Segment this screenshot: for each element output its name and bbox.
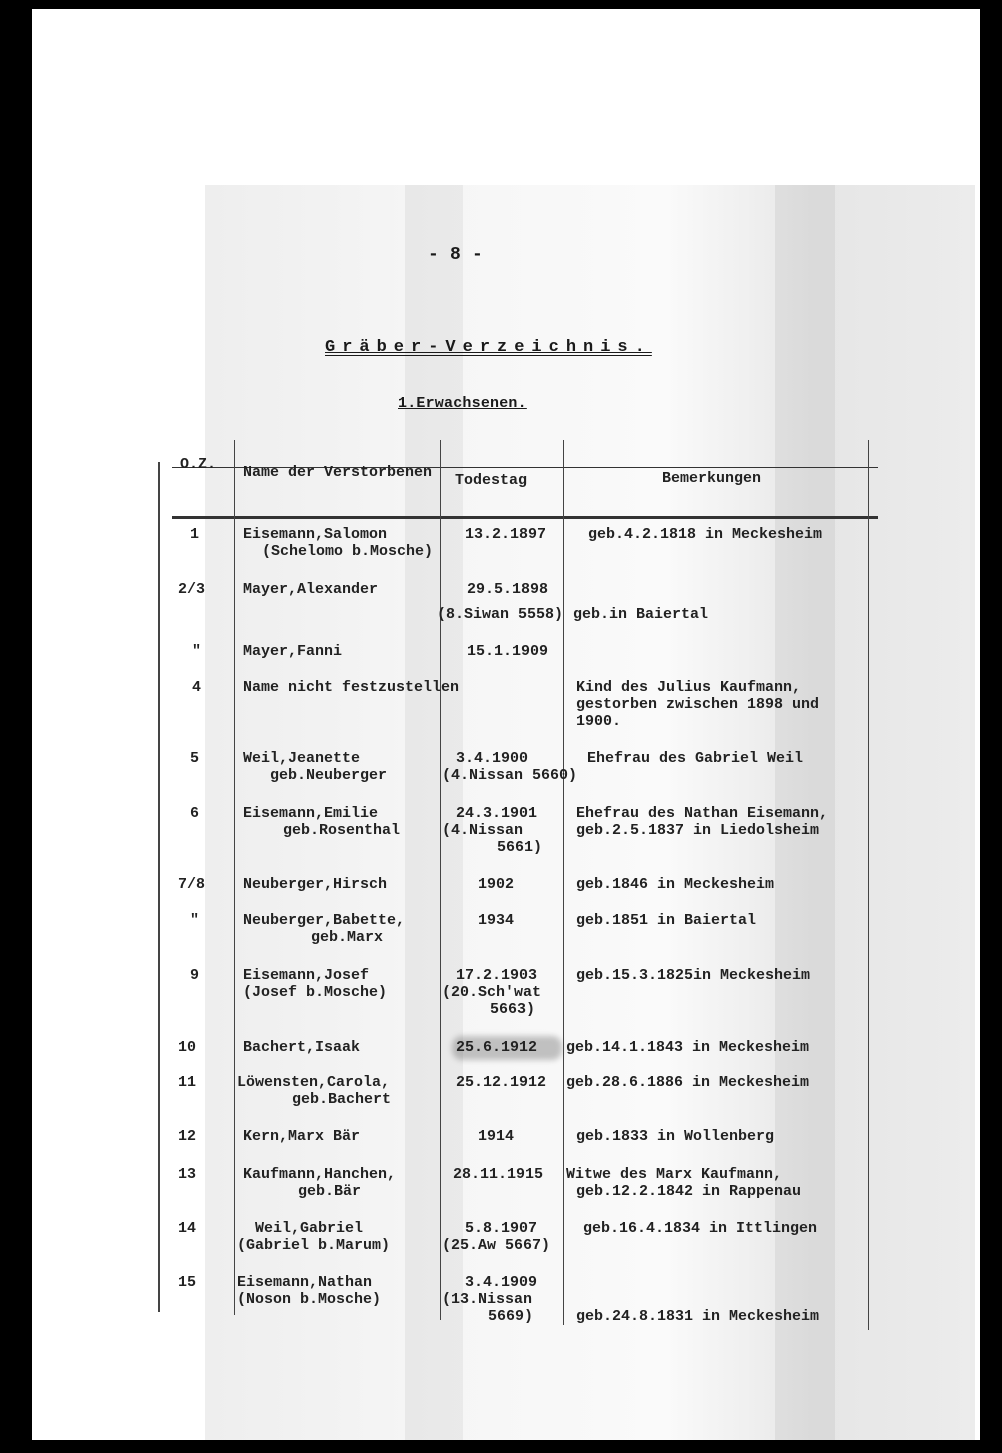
oz: 6 [190,805,199,822]
name: Neuberger,Babette, [243,912,405,929]
name: Neuberger,Hirsch [243,876,387,893]
death-date: 13.2.1897 [465,526,546,543]
remark: geb.12.2.1842 in Rappenau [576,1183,801,1200]
oz: 5 [190,750,199,767]
hebrew-date: (25.Aw 5667) [442,1237,550,1254]
oz: 9 [190,967,199,984]
remark: geb.15.3.1825in Meckesheim [576,967,810,984]
death-date: 3.4.1900 [456,750,528,767]
remark: geb.14.1.1843 in Meckesheim [566,1039,809,1056]
oz: 2/3 [178,581,205,598]
death-date: 25.12.1912 [456,1074,546,1091]
header-remarks: Bemerkungen [662,470,761,487]
name-detail: geb.Bär [298,1183,361,1200]
oz: 4 [192,679,201,696]
document-title: Gräber-Verzeichnis. [325,338,652,357]
death-date: 3.4.1909 [465,1274,537,1291]
remark: geb.4.2.1818 in Meckesheim [588,526,822,543]
name-detail: geb.Neuberger [270,767,387,784]
name-detail: geb.Rosenthal [283,822,400,839]
remark: geb.28.6.1886 in Meckesheim [566,1074,809,1091]
oz: " [190,912,199,929]
oz: 12 [178,1128,196,1145]
name: Eisemann,Josef [243,967,369,984]
death-date: 24.3.1901 [456,805,537,822]
oz: 14 [178,1220,196,1237]
column-divider [563,440,564,1325]
hebrew-date: (13.Nissan [442,1291,532,1308]
remark: geb.1833 in Wollenberg [576,1128,774,1145]
name: Name nicht festzustellen [243,679,459,696]
page-number: - 8 - [428,245,483,265]
column-divider [440,440,441,1320]
hebrew-date: (8.Siwan 5558) [437,606,563,623]
name: Weil,Jeanette [243,750,360,767]
name-detail: (Schelomo b.Mosche) [262,543,433,560]
remark: Witwe des Marx Kaufmann, [566,1166,782,1183]
hebrew-date: (4.Nissan [442,822,523,839]
name: Eisemann,Emilie [243,805,378,822]
hebrew-date: 5669) [488,1308,533,1325]
death-date: 28.11.1915 [453,1166,543,1183]
oz: 1 [190,526,199,543]
header-name: Name der Verstorbenen [243,464,432,481]
hebrew-date: 5663) [490,1001,535,1018]
hebrew-date: (4.Nissan 5660) [442,767,577,784]
death-date: 5.8.1907 [465,1220,537,1237]
remark: geb.16.4.1834 in Ittlingen [583,1220,817,1237]
name: Mayer,Fanni [243,643,342,660]
remark: Kind des Julius Kaufmann, [576,679,801,696]
name-detail: geb.Marx [311,929,383,946]
name: Löwensten,Carola, [237,1074,390,1091]
name-detail: geb.Bachert [292,1091,391,1108]
section-heading: 1.Erwachsenen. [398,395,527,412]
name: Kern,Marx Bär [243,1128,360,1145]
remark: 1900. [576,713,621,730]
death-date: 1914 [478,1128,514,1145]
oz: " [192,643,201,660]
remark: Ehefrau des Nathan Eisemann, [576,805,828,822]
oz: 11 [178,1074,196,1091]
header-rule [172,516,878,519]
name: Kaufmann,Hanchen, [243,1166,396,1183]
header-date: Todestag [455,472,527,489]
death-date: 1934 [478,912,514,929]
remark: gestorben zwischen 1898 und [576,696,819,713]
hebrew-date: (20.Sch'wat [442,984,541,1001]
death-date: 29.5.1898 [467,581,548,598]
death-date: 25.6.1912 [456,1039,537,1056]
name: Bachert,Isaak [243,1039,360,1056]
column-divider [234,440,235,1315]
remark: geb.1846 in Meckesheim [576,876,774,893]
name-detail: (Noson b.Mosche) [237,1291,381,1308]
oz: 13 [178,1166,196,1183]
remark: geb.2.5.1837 in Liedolsheim [576,822,819,839]
remark: Ehefrau des Gabriel Weil [587,750,803,767]
name-detail: (Gabriel b.Marum) [237,1237,390,1254]
name: Weil,Gabriel [255,1220,363,1237]
name: Mayer,Alexander [243,581,378,598]
table-right-border [868,440,869,1330]
name: Eisemann,Nathan [237,1274,372,1291]
header-oz: O.Z. [180,456,216,473]
death-date: 15.1.1909 [467,643,548,660]
hebrew-date: 5661) [497,839,542,856]
remark: geb.in Baiertal [573,606,708,623]
remark: geb.1851 in Baiertal [576,912,756,929]
table-left-border [158,462,160,1312]
name: Eisemann,Salomon [243,526,387,543]
remark: geb.24.8.1831 in Meckesheim [576,1308,819,1325]
oz: 7/8 [178,876,205,893]
death-date: 1902 [478,876,514,893]
oz: 15 [178,1274,196,1291]
oz: 10 [178,1039,196,1056]
name-detail: (Josef b.Mosche) [243,984,387,1001]
death-date: 17.2.1903 [456,967,537,984]
